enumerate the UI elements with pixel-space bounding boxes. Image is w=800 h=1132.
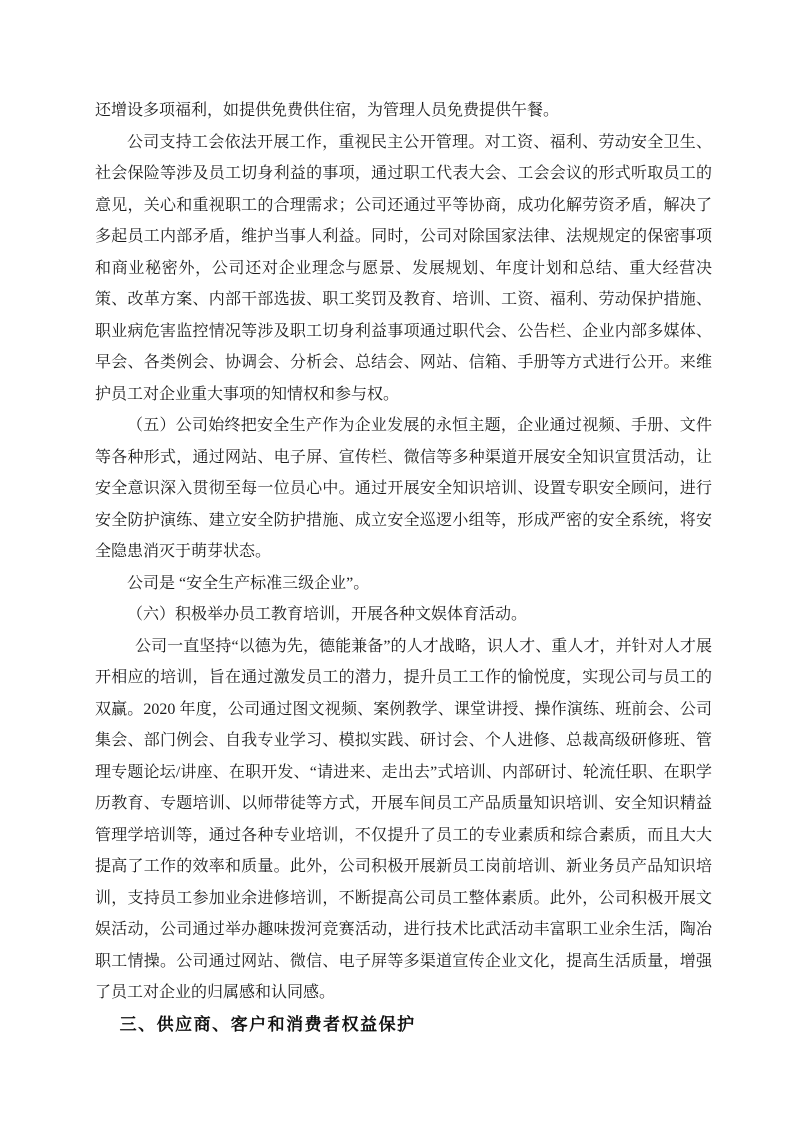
document-body: 还增设多项福利，如提供免费供住宿，为管理人员免费提供午餐。 公司支持工会依法开展… — [95, 95, 712, 1041]
paragraph-continuation: 还增设多项福利，如提供免费供住宿，为管理人员免费提供午餐。 — [95, 95, 712, 127]
paragraph-item-five-safety-production: （五）公司始终把安全生产作为企业发展的永恒主题，企业通过视频、手册、文件等各种形… — [95, 410, 712, 568]
paragraph-union-democratic-management: 公司支持工会依法开展工作，重视民主公开管理。对工资、福利、劳动安全卫生、社会保险… — [95, 127, 712, 411]
section-heading-supplier-customer-consumer-rights: 三、供应商、客户和消费者权益保护 — [95, 1009, 712, 1041]
paragraph-talent-strategy-training: 公司一直坚持“以德为先，德能兼备”的人才战略，识人才、重人才，并针对人才展开相应… — [95, 631, 712, 1009]
paragraph-safety-standard-certification: 公司是 “安全生产标准三级企业”。 — [95, 568, 712, 600]
document-page: 还增设多项福利，如提供免费供住宿，为管理人员免费提供午餐。 公司支持工会依法开展… — [0, 0, 800, 1132]
paragraph-item-six-training-activities: （六）积极举办员工教育培训，开展各种文娱体育活动。 — [95, 599, 712, 631]
